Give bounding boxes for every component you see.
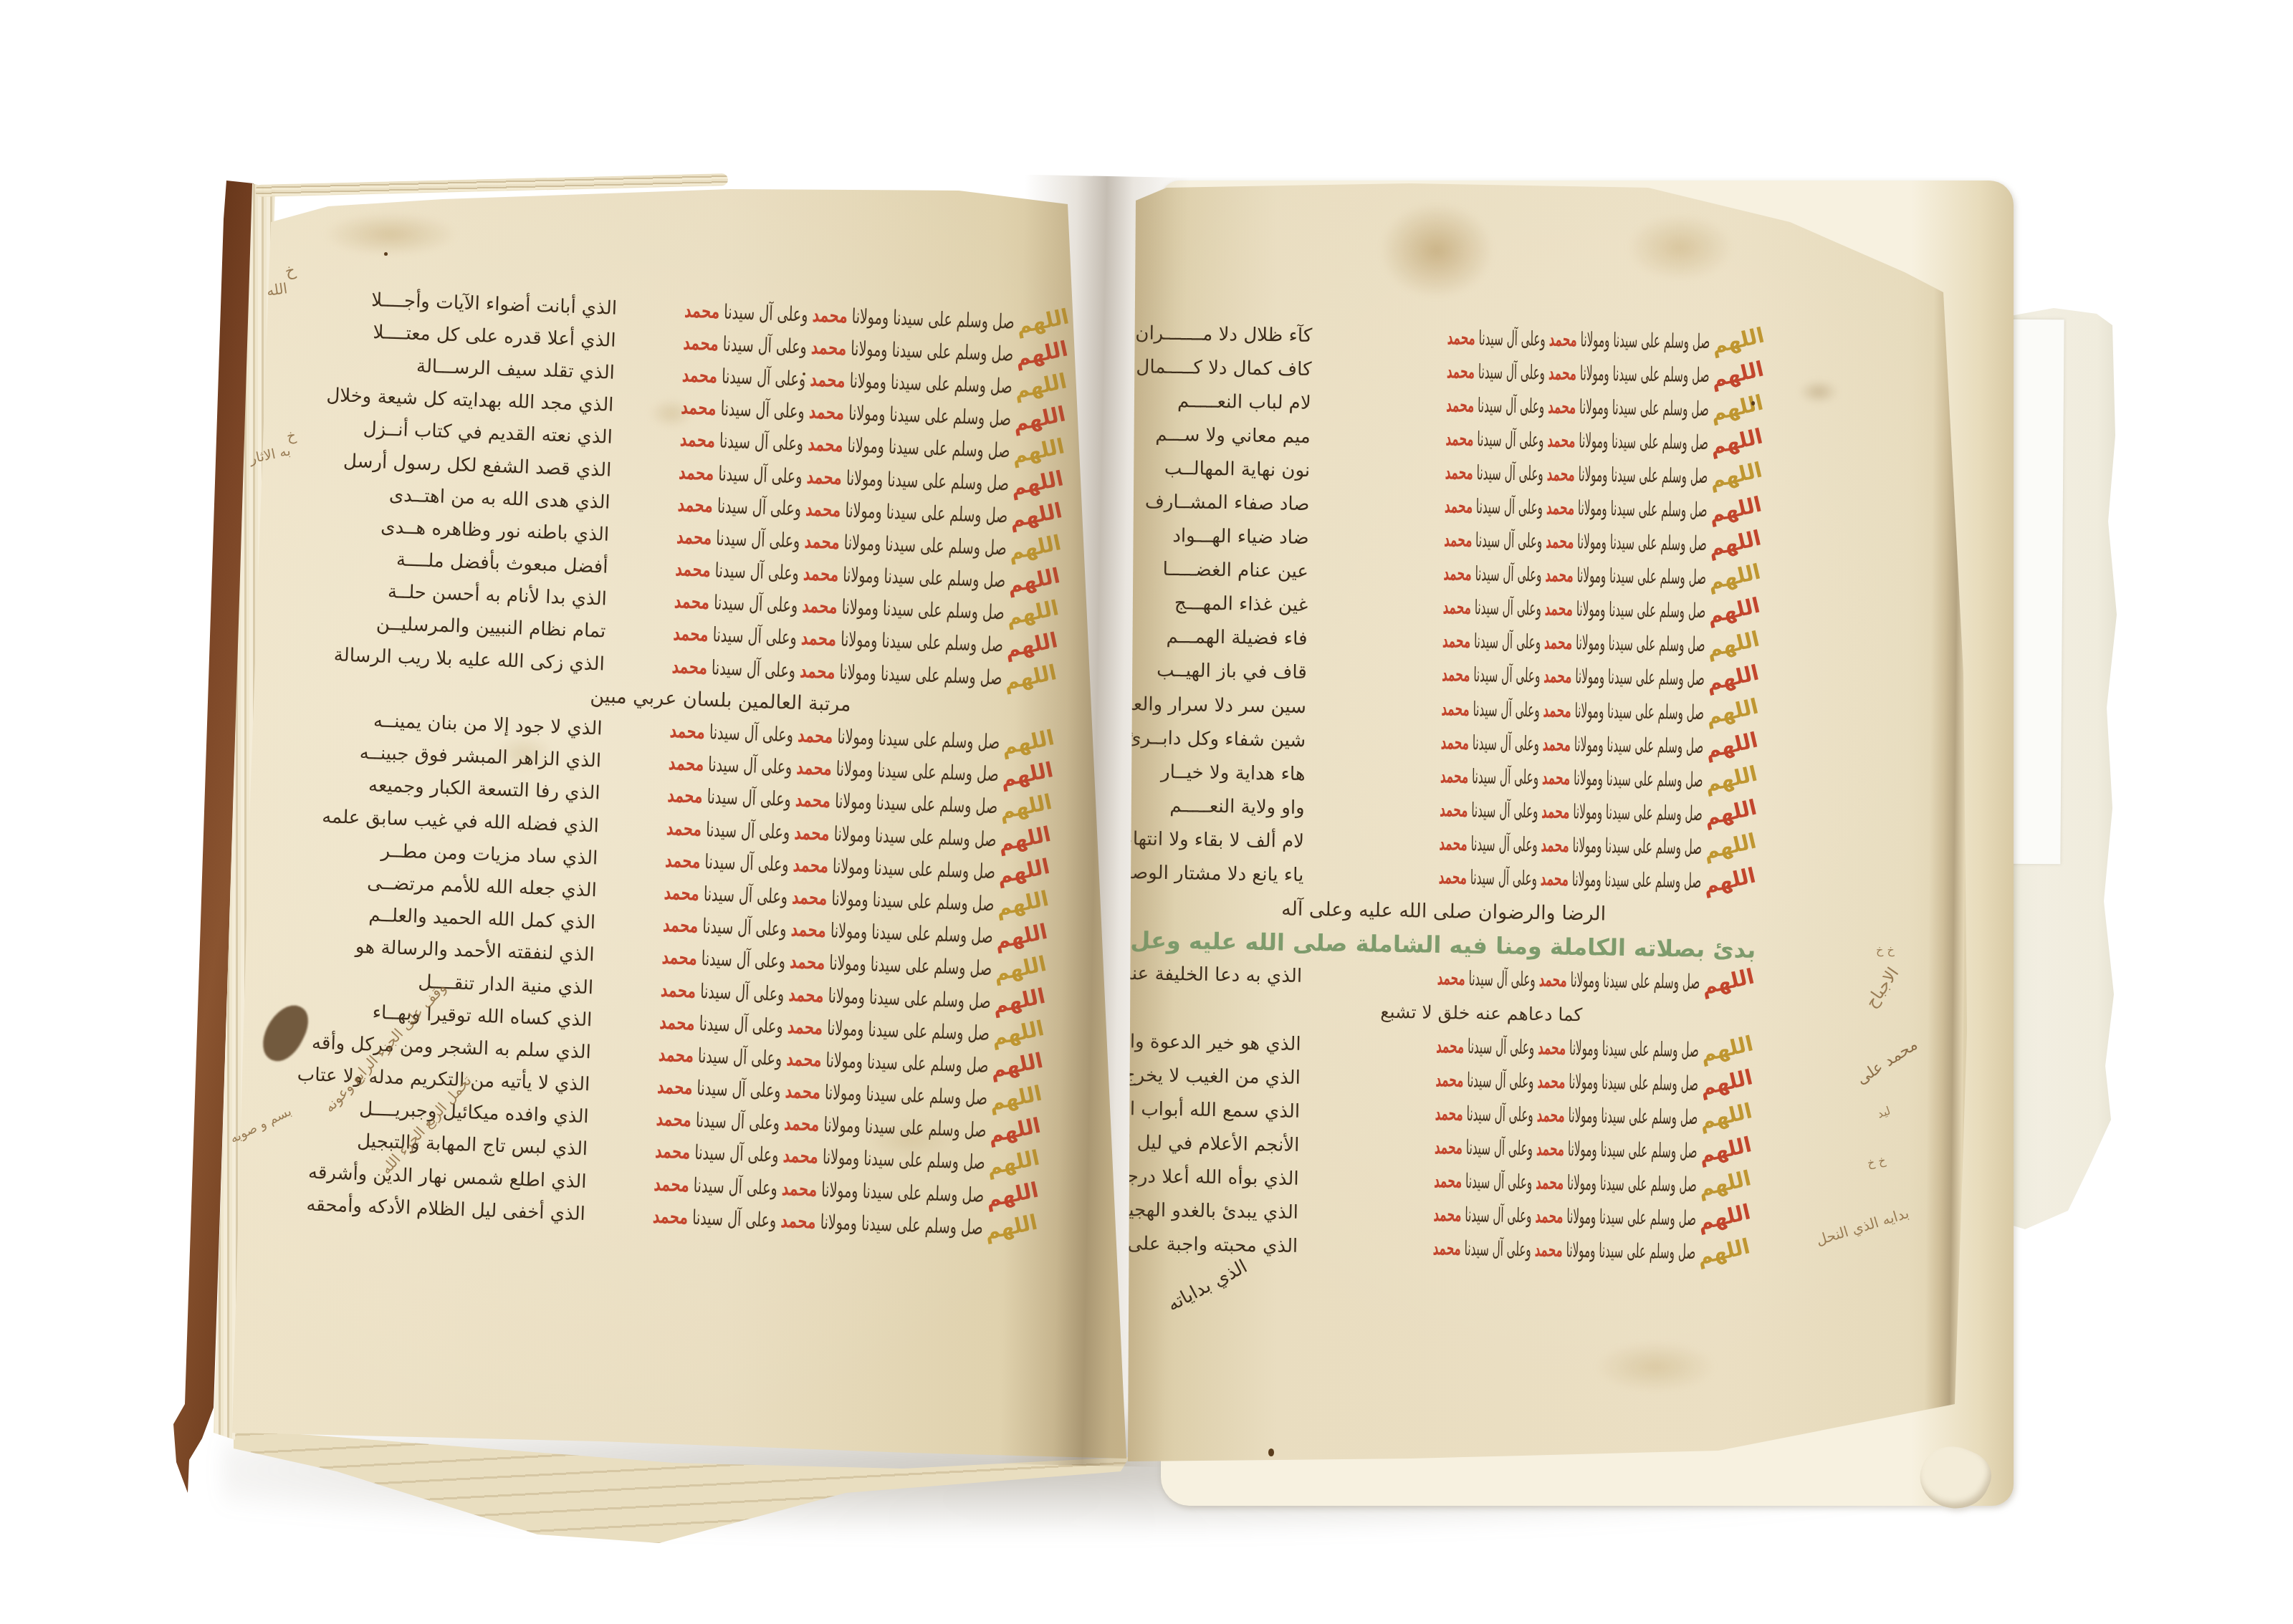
divider-text: كما دعاهم عنه خلق لا تشبع (1301, 1000, 1582, 1025)
name-word-red: محمد (1442, 630, 1471, 653)
name-word-red: محمد (1548, 429, 1576, 452)
opening-word-allahumma: اللهم (997, 759, 1056, 791)
right-page: اللهمصل وسلم على سيدنا ومولانا محمد وعلى… (1124, 172, 1976, 1472)
ink-speck (1751, 401, 1755, 405)
opening-word-allahumma: اللهم (1703, 662, 1763, 695)
divider-text: مرتبة العالمين بلسان عربي مبين (590, 685, 851, 716)
opening-word-allahumma: اللهم (995, 824, 1053, 856)
left-text-block: اللهمصل وسلم على سيدنا ومولانا محمد وعلى… (365, 284, 1071, 1253)
blessing-formula: صل وسلم على سيدنا ومولانا محمد وعلى آل س… (1298, 1203, 1697, 1229)
blessing-formula: صل وسلم على سيدنا ومولانا محمد وعلى آل س… (1299, 1136, 1698, 1161)
name-word-red: محمد (792, 886, 828, 910)
name-word-red: محمد (656, 1108, 691, 1132)
line-ending-phrase: لام لباب النعـــــم (1138, 390, 1311, 414)
name-word-red: محمد (654, 1173, 689, 1196)
line-ending-phrase: واو ولاية النعـــــم (1131, 794, 1305, 819)
blessing-formula: صل وسلم على سيدنا ومولانا محمد وعلى آل س… (1298, 1170, 1697, 1195)
name-word-red: محمد (1444, 562, 1473, 585)
ink-speck (1268, 1448, 1274, 1456)
name-word-red: محمد (1440, 832, 1468, 855)
name-word-red: محمد (1442, 664, 1470, 687)
name-word-red: محمد (803, 562, 839, 586)
name-word-red: محمد (1539, 969, 1568, 992)
name-word-red: محمد (1548, 395, 1576, 418)
name-word-red: محمد (804, 530, 840, 554)
name-word-red: محمد (1541, 834, 1570, 857)
line-ending-phrase: الذي أعلا قدره على كل معتــــلا (373, 322, 616, 352)
name-word-red: محمد (782, 1177, 818, 1201)
name-word-red: محمد (1541, 868, 1569, 890)
opening-word-allahumma: اللهم (1004, 564, 1063, 597)
blessing-formula: صل وسلم على سيدنا ومولانا محمد وعلى آل س… (1309, 529, 1708, 554)
line-ending-phrase: الذي فضله الله في غيب سابق علمه (322, 806, 600, 837)
opening-word-allahumma: اللهم (1005, 532, 1064, 564)
name-word-red: محمد (679, 461, 714, 485)
opening-word-allahumma: اللهم (990, 985, 1048, 1017)
opening-word-allahumma: اللهم (996, 791, 1055, 823)
opening-word-allahumma: اللهم (1694, 1235, 1753, 1268)
opening-word-allahumma: اللهم (1708, 325, 1768, 357)
line-ending-phrase: ضاد ضياء الهـــواد (1136, 524, 1309, 549)
name-word-red: محمد (1434, 1203, 1463, 1226)
name-word-red: محمد (666, 817, 702, 840)
name-word-red: محمد (1542, 767, 1571, 789)
blessing-formula: صل وسلم على سيدنا ومولانا محمد وعلى آل س… (1311, 428, 1709, 453)
line-ending-phrase: نون نهاية المهالــب (1137, 457, 1311, 481)
name-word-red: محمد (1445, 495, 1473, 518)
opening-word-allahumma: اللهم (1705, 493, 1765, 526)
margin-note: الله (266, 281, 289, 298)
name-word-red: محمد (655, 1140, 691, 1164)
opening-word-allahumma: اللهم (1010, 403, 1068, 435)
line-ending-phrase: الذي أخفى ليل الظلام الأدكه وأمحقه (306, 1193, 585, 1225)
line-ending-phrase: الذي لنفقته الأحمد والرسالة هو (355, 936, 595, 966)
name-word-red: محمد (802, 595, 838, 619)
name-word-red: محمد (798, 724, 833, 748)
name-word-red: محمد (788, 984, 824, 1007)
name-word-red: محمد (790, 918, 826, 942)
name-word-red: محمد (780, 1210, 816, 1234)
line-ending-phrase: تمام نظام النبيين والمرسليــن (376, 613, 606, 643)
name-word-red: محمد (1546, 530, 1574, 553)
blessing-formula: صل وسلم على سيدنا ومولانا محمد وعلى آل س… (585, 1205, 983, 1237)
name-word-red: محمد (1447, 327, 1476, 350)
line-ending-phrase: الذي رفا التسعة الكبار وجميعه (368, 775, 600, 804)
opening-word-allahumma: اللهم (1702, 729, 1761, 762)
name-word-red: محمد (782, 1145, 818, 1168)
line-ending-phrase: غين غذاء المهـــج (1135, 592, 1308, 617)
opening-word-allahumma: اللهم (1703, 628, 1763, 661)
line-ending-phrase: ميم معاني ولا ســـم (1137, 423, 1311, 448)
opening-word-allahumma: اللهم (994, 856, 1053, 888)
margin-note: خ خ (1876, 944, 1895, 956)
opening-word-allahumma: اللهم (1000, 662, 1059, 694)
name-word-red: محمد (1545, 598, 1574, 621)
opening-word-allahumma: اللهم (998, 726, 1057, 759)
opening-word-allahumma: اللهم (984, 1147, 1043, 1179)
line-ending-phrase: كآء ظلال دلا مـــــــران (1135, 322, 1312, 347)
name-word-red: محمد (784, 1113, 820, 1136)
name-word-red: محمد (1437, 967, 1466, 990)
name-word-red: محمد (788, 1016, 823, 1039)
opening-word-allahumma: اللهم (988, 1017, 1047, 1049)
name-word-red: محمد (1435, 1102, 1464, 1125)
blessing-formula: صل وسلم على سيدنا ومولانا محمد وعلى آل س… (1301, 1069, 1699, 1094)
opening-word-allahumma: اللهم (1698, 966, 1758, 999)
catchword: الذي بداياته (1164, 1256, 1251, 1316)
line-ending-phrase: الذي هدى الله به من اهتــدى (388, 484, 611, 514)
line-ending-phrase: سين سر دلا سرار والعنايات (1093, 693, 1306, 718)
name-word-red: محمد (1444, 529, 1473, 552)
name-word-red: محمد (1536, 1171, 1564, 1194)
opening-word-allahumma: اللهم (1011, 370, 1070, 403)
name-word-red: محمد (1548, 362, 1577, 385)
opening-word-allahumma: اللهم (1696, 1100, 1756, 1133)
line-ending-phrase: الذي اطلع شمس نهار الدين وأشرقه (308, 1161, 587, 1193)
opening-word-allahumma: اللهم (1701, 797, 1761, 830)
ink-speck (803, 373, 805, 375)
right-text-block: اللهمصل وسلم على سيدنا ومولانا محمد وعلى… (1124, 316, 1766, 1272)
opening-word-allahumma: اللهم (1706, 459, 1766, 492)
name-word-red: محمد (810, 368, 846, 392)
line-ending-phrase: الذي وافده ميكائيل وجبريــــل (359, 1098, 589, 1128)
blessing-formula: صل وسلم على سيدنا ومولانا محمد وعلى آل س… (1307, 630, 1705, 655)
ink-speck (384, 252, 388, 256)
opening-word-allahumma: اللهم (1708, 358, 1767, 391)
name-word-red: محمد (1541, 800, 1570, 823)
line-ending-phrase: الذي سلم به الشجر ومن مركل وأقه (312, 1032, 592, 1064)
blessing-formula: صل وسلم على سيدنا ومولانا محمد وعلى آل س… (1306, 731, 1704, 756)
opening-word-allahumma: اللهم (1007, 468, 1066, 500)
blessing-formula: صل وسلم على سيدنا ومولانا محمد وعلى آل س… (1308, 562, 1707, 587)
name-word-red: محمد (794, 822, 830, 845)
name-word-red: محمد (1436, 1035, 1465, 1058)
name-word-red: محمد (669, 752, 704, 776)
line-ending-phrase: الذي أبانت أضواء الآيات وأجــــلا (371, 289, 618, 319)
name-word-red: محمد (1543, 699, 1572, 722)
opening-word-allahumma: اللهم (992, 888, 1051, 921)
opening-word-allahumma: اللهم (986, 1082, 1045, 1115)
name-word-red: محمد (1537, 1104, 1566, 1127)
line-ending-phrase: الذي كمل الله الحميد والعلــم (368, 904, 596, 933)
photo-backdrop: اللهمصل وسلم على سيدنا ومولانا محمد وعلى… (0, 0, 2293, 1624)
name-word-red: محمد (1447, 360, 1475, 383)
name-word-red: محمد (1435, 1069, 1464, 1092)
opening-word-allahumma: اللهم (982, 1179, 1041, 1211)
line-ending-phrase: هاء هداية ولا خيــار (1132, 761, 1306, 785)
name-word-red: محمد (1440, 799, 1468, 822)
name-word-red: محمد (1538, 1037, 1566, 1060)
line-ending-phrase: الذي مجد الله بهدايته كل شيعة وخلال (326, 385, 614, 416)
opening-word-allahumma: اللهم (1705, 561, 1764, 594)
opening-word-allahumma: اللهم (1695, 1168, 1754, 1201)
name-word-red: محمد (1543, 666, 1572, 688)
name-word-red: محمد (1435, 1136, 1463, 1159)
margin-note: خ خ (1867, 1155, 1887, 1169)
name-word-red: محمد (680, 429, 716, 453)
opening-word-allahumma: اللهم (1705, 527, 1764, 560)
name-word-red: محمد (661, 979, 696, 1002)
name-word-red: محمد (1547, 463, 1576, 486)
line-ending-phrase: الذي بدا لأنام به أحسن حلــة (387, 581, 607, 610)
name-word-red: محمد (664, 882, 699, 905)
opening-word-allahumma: اللهم (1013, 306, 1072, 338)
name-word-red: محمد (1446, 394, 1475, 417)
line-ending-phrase: الذي باطنه نور وظاهره هــدى (380, 516, 610, 545)
blessing-formula: صل وسلم على سيدنا ومولانا محمد وعلى آل س… (1305, 765, 1703, 790)
name-word-red: محمد (1546, 564, 1574, 587)
opening-word-allahumma: اللهم (1707, 392, 1766, 425)
name-word-red: محمد (1440, 765, 1469, 788)
blessing-formula: صل وسلم على سيدنا ومولانا محمد وعلى آل س… (1311, 394, 1709, 419)
blessing-formula: صل وسلم على سيدنا ومولانا محمد وعلى آل س… (1303, 866, 1702, 891)
opening-word-allahumma: اللهم (1006, 500, 1065, 532)
name-word-red: محمد (811, 336, 847, 360)
name-word-red: محمد (808, 433, 843, 457)
blessing-formula: صل وسلم على سيدنا ومولانا محمد وعلى آل س… (1310, 461, 1708, 486)
blessing-formula: صل وسلم على سيدنا ومولانا محمد وعلى آل س… (1307, 663, 1705, 688)
opening-word-allahumma: اللهم (985, 1115, 1043, 1147)
divider-text: الرضا والرضوان صلى الله عليه وعلى آله (1281, 898, 1607, 925)
name-word-red: محمد (673, 623, 709, 647)
name-word-red: محمد (677, 494, 713, 517)
line-ending-phrase: صاد صفاء المشــارف (1136, 491, 1310, 515)
line-ending-phrase: الذي قصد الشفع لكل رسول أرسل (343, 450, 612, 481)
blessing-formula: صل وسلم على سيدنا ومولانا محمد وعلى آل س… (1309, 495, 1708, 520)
name-word-red: محمد (1549, 328, 1578, 351)
name-word-red: محمد (805, 498, 841, 522)
blessing-formula: صل وسلم على سيدنا ومولانا محمد وعلى آل س… (1311, 360, 1710, 385)
opening-word-allahumma: اللهم (982, 1211, 1040, 1244)
opening-word-allahumma: اللهم (1002, 630, 1061, 662)
name-word-red: محمد (793, 854, 829, 878)
line-ending-phrase: عين عنام الغضـــــا (1135, 558, 1308, 582)
name-word-red: محمد (674, 590, 710, 614)
line-ending-phrase: أفضل مبعوث بأفضل ملــــة (388, 549, 608, 578)
line-ending-phrase: ياء يانع دلا مشتار الوصله (1116, 862, 1303, 886)
opening-word-allahumma: اللهم (1701, 763, 1761, 796)
name-word-red: محمد (657, 1076, 693, 1100)
opening-word-allahumma: اللهم (1707, 426, 1766, 458)
name-word-red: محمد (1442, 698, 1470, 721)
name-word-red: محمد (1434, 1170, 1463, 1193)
left-page: اللهمصل وسلم على سيدنا ومولانا محمد وعلى… (228, 178, 1132, 1467)
name-word-red: محمد (796, 756, 832, 780)
blessing-formula: صل وسلم على سيدنا ومولانا محمد وعلى آل س… (1306, 698, 1705, 723)
name-word-red: محمد (1546, 496, 1575, 519)
opening-word-allahumma: اللهم (1700, 830, 1760, 863)
name-word-red: محمد (800, 660, 836, 683)
name-word-red: محمد (1544, 632, 1573, 655)
opening-word-allahumma: اللهم (1697, 1067, 1756, 1100)
opening-word-allahumma: اللهم (1704, 595, 1763, 628)
opening-word-allahumma: اللهم (1697, 1033, 1756, 1066)
name-word-red: محمد (809, 401, 845, 425)
blessing-formula: صل وسلم على سيدنا ومولانا محمد وعلى آل س… (1298, 1237, 1696, 1262)
name-word-red: محمد (665, 850, 701, 873)
opening-word-allahumma: اللهم (990, 953, 1049, 985)
line-ending-phrase: شين شفاء وكل دابــرئ (1126, 727, 1306, 751)
blessing-formula: صل وسلم على سيدنا ومولانا محمد وعلى آل س… (1300, 1102, 1698, 1128)
name-word-red: محمد (1536, 1138, 1565, 1161)
line-ending-phrase: الذي لا جود إلا من بنان يمينــه (373, 710, 603, 739)
name-word-red: محمد (663, 914, 699, 938)
name-word-red: محمد (1537, 1070, 1566, 1093)
name-word-red: محمد (672, 655, 708, 679)
name-word-red: محمد (667, 784, 703, 808)
name-word-red: محمد (675, 558, 711, 582)
opening-word-allahumma: اللهم (1008, 436, 1067, 468)
name-word-red: محمد (1536, 1205, 1564, 1228)
line-ending-phrase: الذي تقلد سيف الرســـالة (395, 355, 615, 384)
name-word-red: محمد (806, 466, 842, 489)
blessing-formula: صل وسلم على سيدنا ومولانا محمد وعلى آل س… (1302, 967, 1700, 992)
name-word-red: محمد (653, 1205, 689, 1229)
name-word-red: محمد (669, 720, 705, 744)
opening-word-allahumma: اللهم (1700, 864, 1759, 897)
name-word-red: محمد (676, 526, 712, 549)
name-word-red: محمد (683, 332, 719, 355)
name-word-red: محمد (1433, 1237, 1462, 1260)
line-ending-phrase: قاف في باز الهيــب (1134, 660, 1307, 684)
name-word-red: محمد (1441, 731, 1470, 754)
name-word-red: محمد (684, 299, 720, 323)
name-word-red: محمد (1535, 1239, 1564, 1262)
name-word-red: محمد (1443, 596, 1472, 619)
line-ending-phrase: الذي جعله الله للأمم مرتضــى (367, 872, 598, 901)
name-word-red: محمد (682, 364, 718, 388)
name-word-red: محمد (1543, 733, 1571, 756)
opening-word-allahumma: اللهم (1695, 1134, 1755, 1167)
name-word-red: محمد (790, 951, 825, 974)
name-word-red: محمد (785, 1080, 821, 1104)
blessing-formula: صل وسلم على سيدنا ومولانا محمد وعلى آل س… (1304, 832, 1703, 857)
name-word-red: محمد (1439, 866, 1468, 889)
name-word-red: محمد (801, 628, 837, 651)
line-ending-phrase: الذي نعته القديم في كتاب أنــزل (363, 418, 613, 448)
opening-word-allahumma: اللهم (1002, 597, 1061, 629)
line-ending-phrase: لام ألف لا بقاء ولا انتهاء (1124, 828, 1304, 852)
name-word-red: محمد (661, 946, 697, 970)
line-ending-phrase: الذي ساد مزيات ومن مطــر (378, 840, 598, 870)
opening-word-allahumma: اللهم (1012, 338, 1071, 370)
line-ending-phrase: الذي منية الدار تنقــــل (373, 969, 593, 999)
blessing-formula: صل وسلم على سيدنا ومولانا محمد وعلى آل س… (1301, 1034, 1699, 1060)
name-word-red: محمد (1445, 461, 1474, 484)
blessing-formula: صل وسلم على سيدنا ومولانا محمد وعلى آل س… (1308, 596, 1706, 621)
line-ending-phrase: كاف كمال دلا كـــــمال (1136, 356, 1311, 380)
opening-word-allahumma: اللهم (992, 921, 1050, 953)
line-ending-phrase: الذي الزاهر المبشر فوق جبينــه (359, 742, 601, 772)
opening-word-allahumma: اللهم (1695, 1201, 1754, 1234)
blessing-formula: صل وسلم على سيدنا ومولانا محمد وعلى آل س… (1305, 799, 1703, 824)
name-word-red: محمد (681, 396, 717, 420)
name-word-red: محمد (659, 1011, 695, 1034)
opening-word-allahumma: اللهم (987, 1050, 1045, 1082)
name-word-red: محمد (1446, 428, 1475, 451)
name-word-red: محمد (812, 304, 848, 327)
line-ending-phrase: الذي زكى الله عليه بلا ريب الرسالة (333, 644, 605, 675)
line-ending-phrase: فاء فضيلة الهمـــم (1134, 626, 1308, 650)
name-word-red: محمد (786, 1048, 822, 1072)
opening-word-allahumma: اللهم (1703, 696, 1762, 729)
name-word-red: محمد (795, 789, 831, 813)
right-endleaf-outer (2004, 307, 2121, 1238)
name-word-red: محمد (659, 1044, 694, 1067)
blessing-formula: صل وسلم على سيدنا ومولانا محمد وعلى آل س… (1312, 327, 1710, 352)
